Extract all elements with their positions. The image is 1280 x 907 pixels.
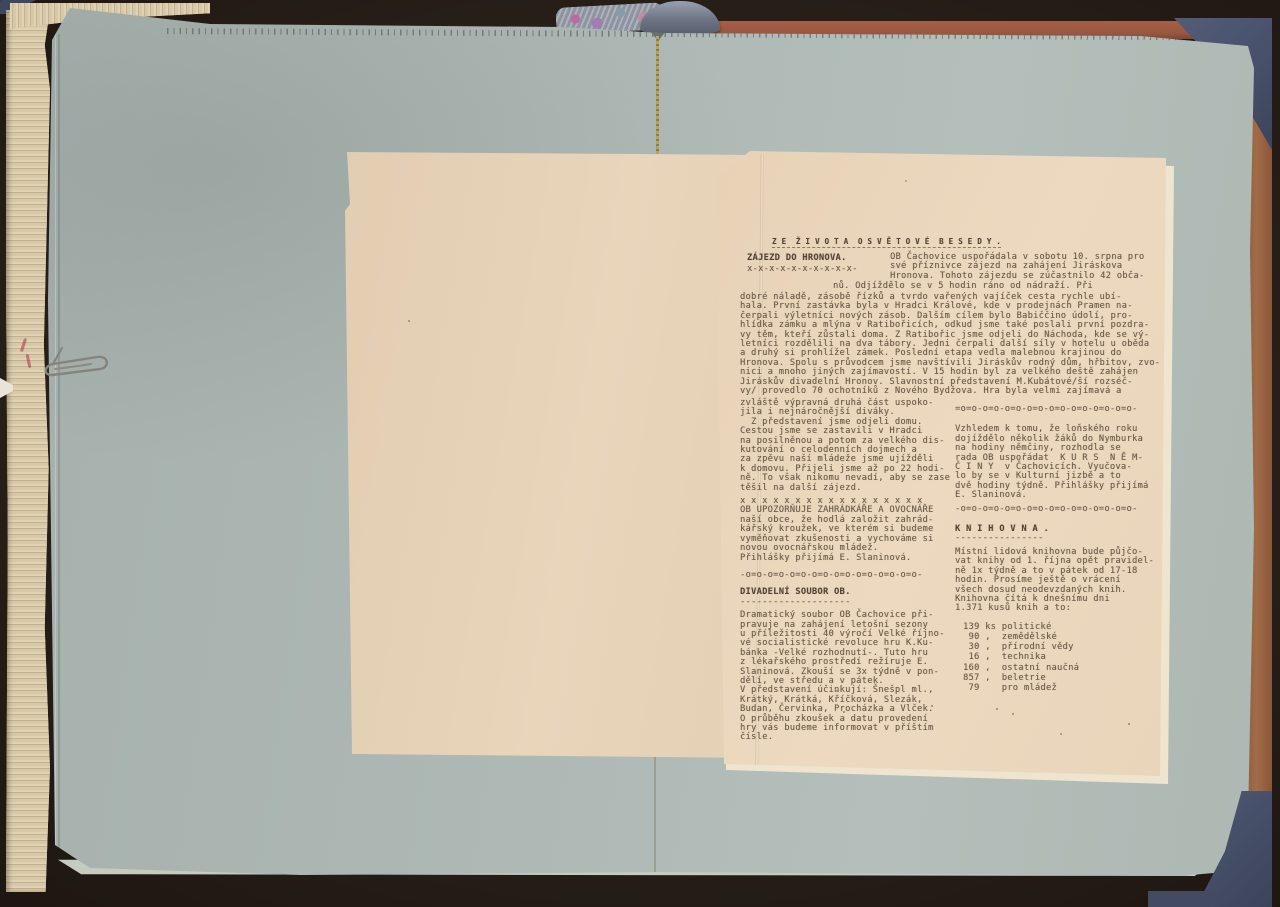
library-paragraph: Místní lidová knihovna bude půjčo- vat k…	[955, 548, 1157, 614]
right-separator-mid: -o=o-o=o-o=o-o=o-o=o-o=o-o=o-o=o-	[955, 505, 1157, 514]
gardeners-notice: OB UPOZORŇUJE ZAHRÁDKÁŘE A OVOCNÁŘE naší…	[740, 506, 952, 562]
trip-intro-continuation: nů. Odjíždělo se v 5 hodin ráno od nádra…	[833, 282, 1093, 291]
typed-bulletin-sheet: Z E Ž I V O T A O S V Ě T O V É B E S E …	[716, 148, 1168, 780]
page-edge-stack-left	[6, 10, 50, 892]
trip-body-paragraph: dobré náladě, zásobě řízků a tvrdo vařen…	[740, 293, 1160, 396]
left-section-separator: -o=o-o=o-o=o-o=o-o=o-o=o-o=o-o=o-	[740, 571, 952, 580]
book-cover-bottom-strip	[1148, 891, 1214, 907]
left-page-fold-line	[58, 34, 60, 862]
trip-intro-paragraph: OB Čachovice uspořádala v sobotu 10. srp…	[890, 253, 1144, 281]
bulletin-title: Z E Ž I V O T A O S V Ě T O V É B E S E …	[772, 237, 1001, 248]
right-text-column: =o=o-o=o-o=o-o=o-o=o-o=o-o=o-o=o- Vzhled…	[955, 405, 1157, 693]
right-separator-top: =o=o-o=o-o=o-o=o-o=o-o=o-o=o-o=o-	[955, 405, 1157, 414]
binding-stitch-bottom	[654, 756, 656, 872]
theatre-heading-underline: --------------------	[740, 598, 952, 607]
left-text-column: zvláště výpravná druhá část uspoko- jila…	[740, 399, 952, 743]
library-heading-underline: ----------------	[955, 534, 1157, 543]
trip-heading-underline-marks: x-x-x-x-x-x-x-x-x-x-	[747, 265, 858, 274]
trip-return-paragraph: Z představení jsme odjeli domu. Cestou j…	[740, 418, 952, 493]
archival-photo-backdrop: Z E Ž I V O T A O S V Ě T O V É B E S E …	[0, 0, 1280, 907]
trip-closing-lines: zvláště výpravná druhá část uspoko- jila…	[740, 399, 952, 418]
binding-stitch-top	[656, 36, 659, 154]
pasted-blank-sheet	[343, 147, 773, 761]
paperclip-icon	[38, 344, 114, 388]
theatre-paragraph: Dramatický soubor OB Čachovice při- prav…	[740, 611, 952, 743]
german-course-notice: Vzhledem k tomu, že loňského roku dojížd…	[955, 425, 1157, 500]
paper-foxing-specks	[0, 0, 2, 2]
trip-section-heading: ZÁJEZD DO HRONOVA.	[747, 254, 847, 263]
library-stock-list: 139 ks politické 90 , zemědělské 30 , př…	[955, 622, 1157, 693]
left-page-fold-highlight	[55, 34, 56, 862]
